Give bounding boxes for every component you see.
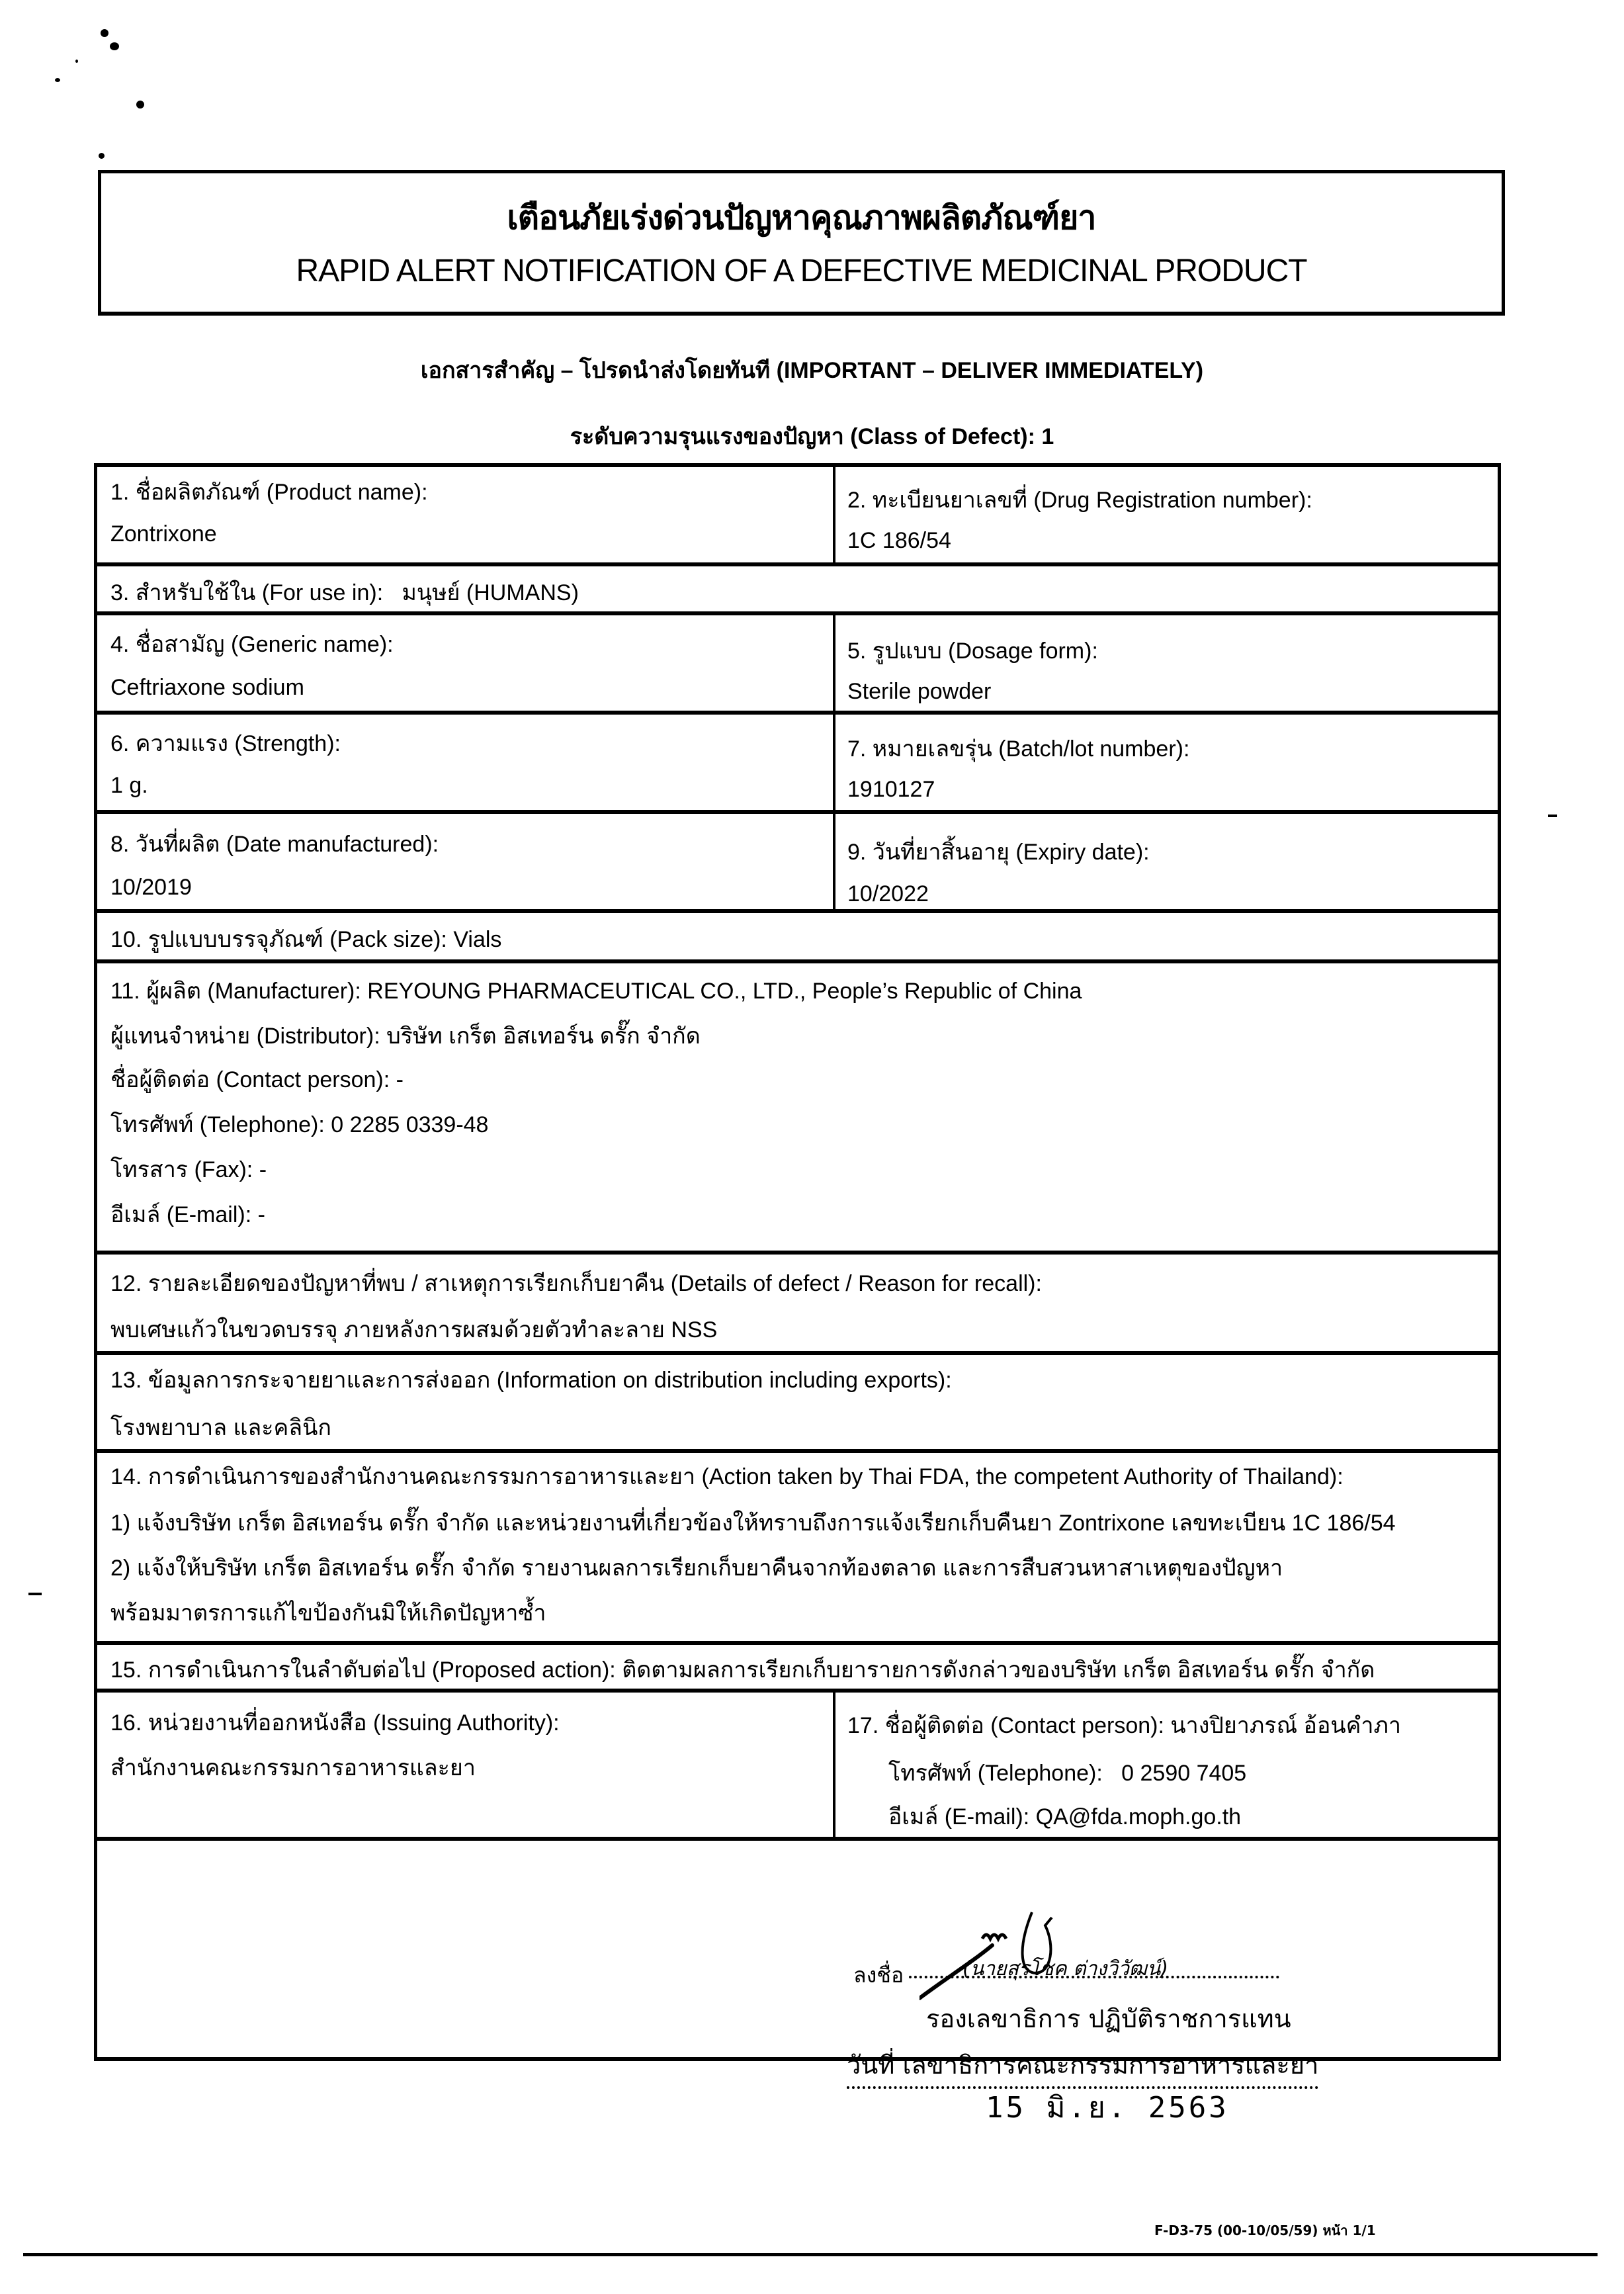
cell-generic-name: 4. ชื่อสามัญ (Generic name): Ceftriaxone…	[97, 615, 835, 711]
scan-speck	[110, 42, 119, 50]
issuing-authority-value: สำนักงานคณะกรรมการอาหารและยา	[110, 1749, 476, 1785]
cell-strength: 6. ความแรง (Strength): 1 g.	[97, 715, 835, 810]
footer-divider	[23, 2253, 1598, 2256]
email-label: อีเมล์ (E-mail):	[110, 1202, 251, 1227]
cell-expiry-date: 9. วันที่ยาสิ้นอายุ (Expiry date): 10/20…	[835, 814, 1498, 909]
contact-email-value[interactable]: QA@fda.moph.go.th	[1036, 1804, 1241, 1830]
manufacturer-label: 11. ผู้ผลิต (Manufacturer):	[110, 979, 361, 1004]
cell-date-manufactured: 8. วันที่ผลิต (Date manufactured): 10/20…	[97, 814, 835, 909]
fax-line: โทรสาร (Fax): -	[110, 1151, 267, 1187]
cell-contact-person: 17. ชื่อผู้ติดต่อ (Contact person): นางป…	[835, 1693, 1498, 1837]
scan-speck	[75, 60, 78, 63]
strength-label: 6. ความแรง (Strength):	[110, 725, 341, 761]
pack-size-label: 10. รูปแบบบรรจุภัณฑ์ (Pack size):	[110, 927, 447, 952]
contact-email-label: อีเมล์ (E-mail):	[888, 1804, 1029, 1830]
action-taken-label: 14. การดำเนินการของสำนักงานคณะกรรมการอาห…	[110, 1458, 1344, 1494]
distribution-label: 13. ข้อมูลการกระจายยาและการส่งออก (Infor…	[110, 1362, 952, 1397]
row-action-taken: 14. การดำเนินการของสำนักงานคณะกรรมการอาห…	[97, 1453, 1498, 1645]
dosage-form-value: Sterile powder	[847, 679, 991, 705]
contact-email: อีเมล์ (E-mail): QA@fda.moph.go.th	[888, 1798, 1241, 1834]
row-authority-contact: 16. หน่วยงานที่ออกหนังสือ (Issuing Autho…	[97, 1693, 1498, 1841]
fax-value: -	[259, 1157, 267, 1182]
date-manufactured-value: 10/2019	[110, 875, 192, 901]
action-taken-line-3: พร้อมมาตรการแก้ไขป้องกันมิให้เกิดปัญหาซ้…	[110, 1595, 546, 1630]
email-line: อีเมล์ (E-mail): -	[110, 1196, 265, 1232]
generic-name-value: Ceftriaxone sodium	[110, 675, 304, 701]
proposed-action-label: 15. การดำเนินการในลำดับต่อไป (Proposed a…	[110, 1657, 616, 1683]
proposed-action-value: ติดตามผลการเรียกเก็บยารายการดังกล่าวของบ…	[622, 1657, 1375, 1683]
row-dates: 8. วันที่ผลิต (Date manufactured): 10/20…	[97, 814, 1498, 913]
manufacturer-value: REYOUNG PHARMACEUTICAL CO., LTD., People…	[367, 979, 1082, 1004]
distributor-line: ผู้แทนจำหน่าย (Distributor): บริษัท เกร็…	[110, 1018, 701, 1053]
proposed-action: 15. การดำเนินการในลำดับต่อไป (Proposed a…	[110, 1652, 1375, 1687]
cell-dosage-form: 5. รูปแบบ (Dosage form): Sterile powder	[835, 615, 1498, 711]
for-use-in-label: 3. สำหรับใช้ใน (For use in):	[110, 580, 383, 605]
form-code: F-D3-75 (00-10/05/59) หน้า 1/1	[1154, 2220, 1376, 2241]
sign-label: ลงชื่อ	[853, 1963, 904, 1987]
cell-action-taken: 14. การดำเนินการของสำนักงานคณะกรรมการอาห…	[97, 1453, 1498, 1641]
contact-telephone-label: โทรศัพท์ (Telephone):	[888, 1761, 1103, 1786]
contact-person-17-value: นางปิยาภรณ์ อ้อนคำภา	[1170, 1713, 1401, 1738]
class-of-defect: ระดับความรุนแรงของปัญหา (Class of Defect…	[0, 418, 1624, 454]
distributor-value: บริษัท เกร็ต อิสเทอร์น ดรั๊ก จำกัด	[386, 1024, 701, 1049]
issuing-authority-label: 16. หน่วยงานที่ออกหนังสือ (Issuing Autho…	[110, 1704, 560, 1740]
expiry-date-label: 9. วันที่ยาสิ้นอายุ (Expiry date):	[847, 834, 1150, 869]
handwritten-signature-icon	[919, 1899, 1065, 2011]
date-stamp: 15 มิ.ย. 2563	[986, 2084, 1229, 2131]
batch-number-label: 7. หมายเลขรุ่น (Batch/lot number):	[847, 730, 1189, 766]
row-defect-details: 12. รายละเอียดของปัญหาที่พบ / สาเหตุการเ…	[97, 1255, 1498, 1355]
row-for-use-in: 3. สำหรับใช้ใน (For use in): มนุษย์ (HUM…	[97, 566, 1498, 615]
row-product-registration: 1. ชื่อผลิตภัณฑ์ (Product name): Zontrix…	[97, 467, 1498, 566]
telephone-value: 0 2285 0339-48	[331, 1112, 488, 1137]
batch-number-value: 1910127	[847, 777, 935, 803]
scan-mark	[28, 1593, 42, 1595]
manufacturer-line: 11. ผู้ผลิต (Manufacturer): REYOUNG PHAR…	[110, 973, 1082, 1008]
cell-product-name: 1. ชื่อผลิตภัณฑ์ (Product name): Zontrix…	[97, 467, 835, 562]
row-pack-size: 10. รูปแบบบรรจุภัณฑ์ (Pack size): Vials	[97, 913, 1498, 963]
signer-position-line-1: รองเลขาธิการ ปฏิบัติราชการแทน	[926, 1998, 1291, 2039]
for-use-in: 3. สำหรับใช้ใน (For use in): มนุษย์ (HUM…	[110, 574, 579, 610]
cell-defect-details: 12. รายละเอียดของปัญหาที่พบ / สาเหตุการเ…	[97, 1255, 1498, 1351]
registration-number-label: 2. ทะเบียนยาเลขที่ (Drug Registration nu…	[847, 482, 1312, 517]
registration-number-value: 1C 186/54	[847, 528, 951, 554]
cell-batch-number: 7. หมายเลขรุ่น (Batch/lot number): 19101…	[835, 715, 1498, 810]
defect-details-label: 12. รายละเอียดของปัญหาที่พบ / สาเหตุการเ…	[110, 1265, 1042, 1301]
strength-value: 1 g.	[110, 773, 148, 799]
cell-distribution: 13. ข้อมูลการกระจายยาและการส่งออก (Infor…	[97, 1355, 1498, 1449]
contact-telephone: โทรศัพท์ (Telephone): 0 2590 7405	[888, 1755, 1246, 1790]
for-use-in-value: มนุษย์ (HUMANS)	[402, 580, 578, 605]
contact-telephone-value: 0 2590 7405	[1121, 1761, 1246, 1786]
dosage-form-label: 5. รูปแบบ (Dosage form):	[847, 633, 1098, 668]
email-value: -	[258, 1202, 265, 1227]
contact-person-17-label: 17. ชื่อผู้ติดต่อ (Contact person):	[847, 1713, 1164, 1738]
cell-manufacturer: 11. ผู้ผลิต (Manufacturer): REYOUNG PHAR…	[97, 963, 1498, 1251]
contact-person-17: 17. ชื่อผู้ติดต่อ (Contact person): นางป…	[847, 1707, 1401, 1743]
row-proposed-action: 15. การดำเนินการในลำดับต่อไป (Proposed a…	[97, 1645, 1498, 1693]
scan-speck	[99, 153, 105, 159]
cell-registration-number: 2. ทะเบียนยาเลขที่ (Drug Registration nu…	[835, 467, 1498, 562]
scan-speck	[55, 78, 60, 82]
date-manufactured-label: 8. วันที่ผลิต (Date manufactured):	[110, 826, 439, 861]
contact-person-value: -	[396, 1067, 404, 1092]
expiry-date-value: 10/2022	[847, 881, 929, 907]
row-generic-dosage: 4. ชื่อสามัญ (Generic name): Ceftriaxone…	[97, 615, 1498, 715]
row-distribution: 13. ข้อมูลการกระจายยาและการส่งออก (Infor…	[97, 1355, 1498, 1453]
distributor-label: ผู้แทนจำหน่าย (Distributor):	[110, 1024, 380, 1049]
generic-name-label: 4. ชื่อสามัญ (Generic name):	[110, 626, 394, 662]
contact-person-line: ชื่อผู้ติดต่อ (Contact person): -	[110, 1061, 404, 1097]
cell-proposed-action: 15. การดำเนินการในลำดับต่อไป (Proposed a…	[97, 1645, 1498, 1689]
action-taken-line-2: 2) แจ้งให้บริษัท เกร็ต อิสเทอร์น ดรั๊ก จ…	[110, 1550, 1283, 1585]
contact-person-label: ชื่อผู้ติดต่อ (Contact person):	[110, 1067, 390, 1092]
distribution-value: โรงพยาบาล และคลินิก	[110, 1409, 331, 1445]
product-name-label: 1. ชื่อผลิตภัณฑ์ (Product name):	[110, 474, 428, 509]
fax-label: โทรสาร (Fax):	[110, 1157, 253, 1182]
telephone-line: โทรศัพท์ (Telephone): 0 2285 0339-48	[110, 1106, 488, 1142]
title-thai: เตือนภัยเร่งด่วนปัญหาคุณภาพผลิตภัณฑ์ยา	[101, 192, 1502, 244]
product-name-value: Zontrixone	[110, 521, 217, 547]
row-manufacturer: 11. ผู้ผลิต (Manufacturer): REYOUNG PHAR…	[97, 963, 1498, 1255]
scan-speck	[101, 29, 108, 37]
action-taken-line-1: 1) แจ้งบริษัท เกร็ต อิสเทอร์น ดรั๊ก จำกั…	[110, 1505, 1396, 1540]
cell-pack-size: 10. รูปแบบบรรจุภัณฑ์ (Pack size): Vials	[97, 913, 1498, 959]
pack-size-value: Vials	[453, 927, 501, 952]
cell-for-use-in: 3. สำหรับใช้ใน (For use in): มนุษย์ (HUM…	[97, 566, 1498, 611]
pack-size: 10. รูปแบบบรรจุภัณฑ์ (Pack size): Vials	[110, 921, 501, 957]
cell-issuing-authority: 16. หน่วยงานที่ออกหนังสือ (Issuing Autho…	[97, 1693, 835, 1837]
telephone-label: โทรศัพท์ (Telephone):	[110, 1112, 325, 1137]
scan-mark	[1548, 815, 1557, 817]
important-notice: เอกสารสำคัญ – โปรดนำส่งโดยทันที (IMPORTA…	[0, 352, 1624, 388]
signer-position-line-2: วันที่ เลขาธิการคณะกรรมการอาหารและยา	[847, 2045, 1318, 2089]
scan-speck	[136, 101, 144, 109]
row-strength-batch: 6. ความแรง (Strength): 1 g. 7. หมายเลขรุ…	[97, 715, 1498, 814]
alert-form-table: 1. ชื่อผลิตภัณฑ์ (Product name): Zontrix…	[94, 463, 1501, 2061]
title-english: RAPID ALERT NOTIFICATION OF A DEFECTIVE …	[101, 253, 1502, 289]
title-box: เตือนภัยเร่งด่วนปัญหาคุณภาพผลิตภัณฑ์ยา R…	[98, 170, 1505, 316]
defect-details-value: พบเศษแก้วในขวดบรรจุ ภายหลังการผสมด้วยตัว…	[110, 1311, 717, 1347]
